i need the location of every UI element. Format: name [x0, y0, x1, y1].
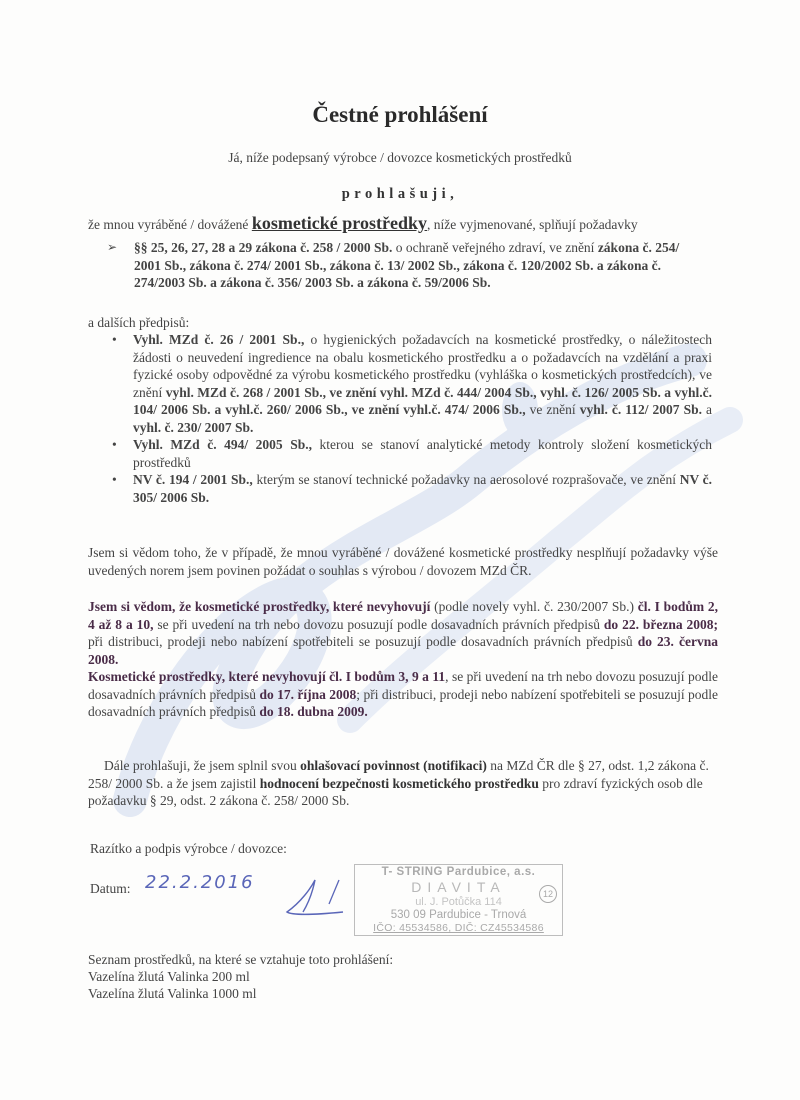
signature-icon: [283, 872, 353, 918]
declaration-word: prohlašuji,: [0, 186, 800, 203]
arrow-bullet-icon: ➢: [107, 239, 117, 257]
product-item: Vazelína žlutá Valinka 1000 ml: [88, 985, 256, 1003]
bullet-icon: •: [112, 331, 117, 349]
notification-paragraph: Dále prohlašuji, že jsem splnil svou ohl…: [88, 757, 728, 810]
stamp-number-badge: 12: [539, 885, 557, 903]
products-label: Seznam prostředků, na které se vztahuje …: [88, 951, 393, 969]
intro-line: Já, níže podepsaný výrobce / dovozce kos…: [0, 150, 800, 166]
list-item: • NV č. 194 / 2001 Sb., kterým se stanov…: [112, 471, 712, 506]
bullet-icon: •: [112, 436, 117, 454]
transition-paragraph: Jsem si vědom, že kosmetické prostředky,…: [88, 598, 718, 721]
compliance-line: že mnou vyráběné / dovážené kosmetické p…: [88, 215, 748, 234]
awareness-paragraph: Jsem si vědom toho, že v případě, že mno…: [88, 544, 718, 579]
cosmetic-products-emphasis: kosmetické prostředky: [252, 213, 427, 233]
bullet-icon: •: [112, 471, 117, 489]
law-reference-item: ➢ §§ 25, 26, 27, 28 a 29 zákona č. 258 /…: [107, 239, 707, 292]
list-item: • Vyhl. MZd č. 494/ 2005 Sb., kterou se …: [112, 436, 712, 471]
regulations-list: • Vyhl. MZd č. 26 / 2001 Sb., o hygienic…: [112, 331, 712, 506]
document-page: Čestné prohlášení Já, níže podepsaný výr…: [0, 0, 800, 1100]
date-label: Datum:: [90, 880, 131, 898]
handwritten-date: 22.2.2016: [145, 872, 255, 893]
page-title: Čestné prohlášení: [0, 102, 800, 128]
signature-label: Razítko a podpis výrobce / dovozce:: [90, 840, 287, 858]
product-item: Vazelína žlutá Valinka 200 ml: [88, 968, 250, 986]
company-stamp: T- STRING Pardubice, a.s. DIAVITA ul. J.…: [354, 864, 563, 936]
list-item: • Vyhl. MZd č. 26 / 2001 Sb., o hygienic…: [112, 331, 712, 436]
further-regulations-label: a dalších předpisů:: [88, 314, 189, 332]
